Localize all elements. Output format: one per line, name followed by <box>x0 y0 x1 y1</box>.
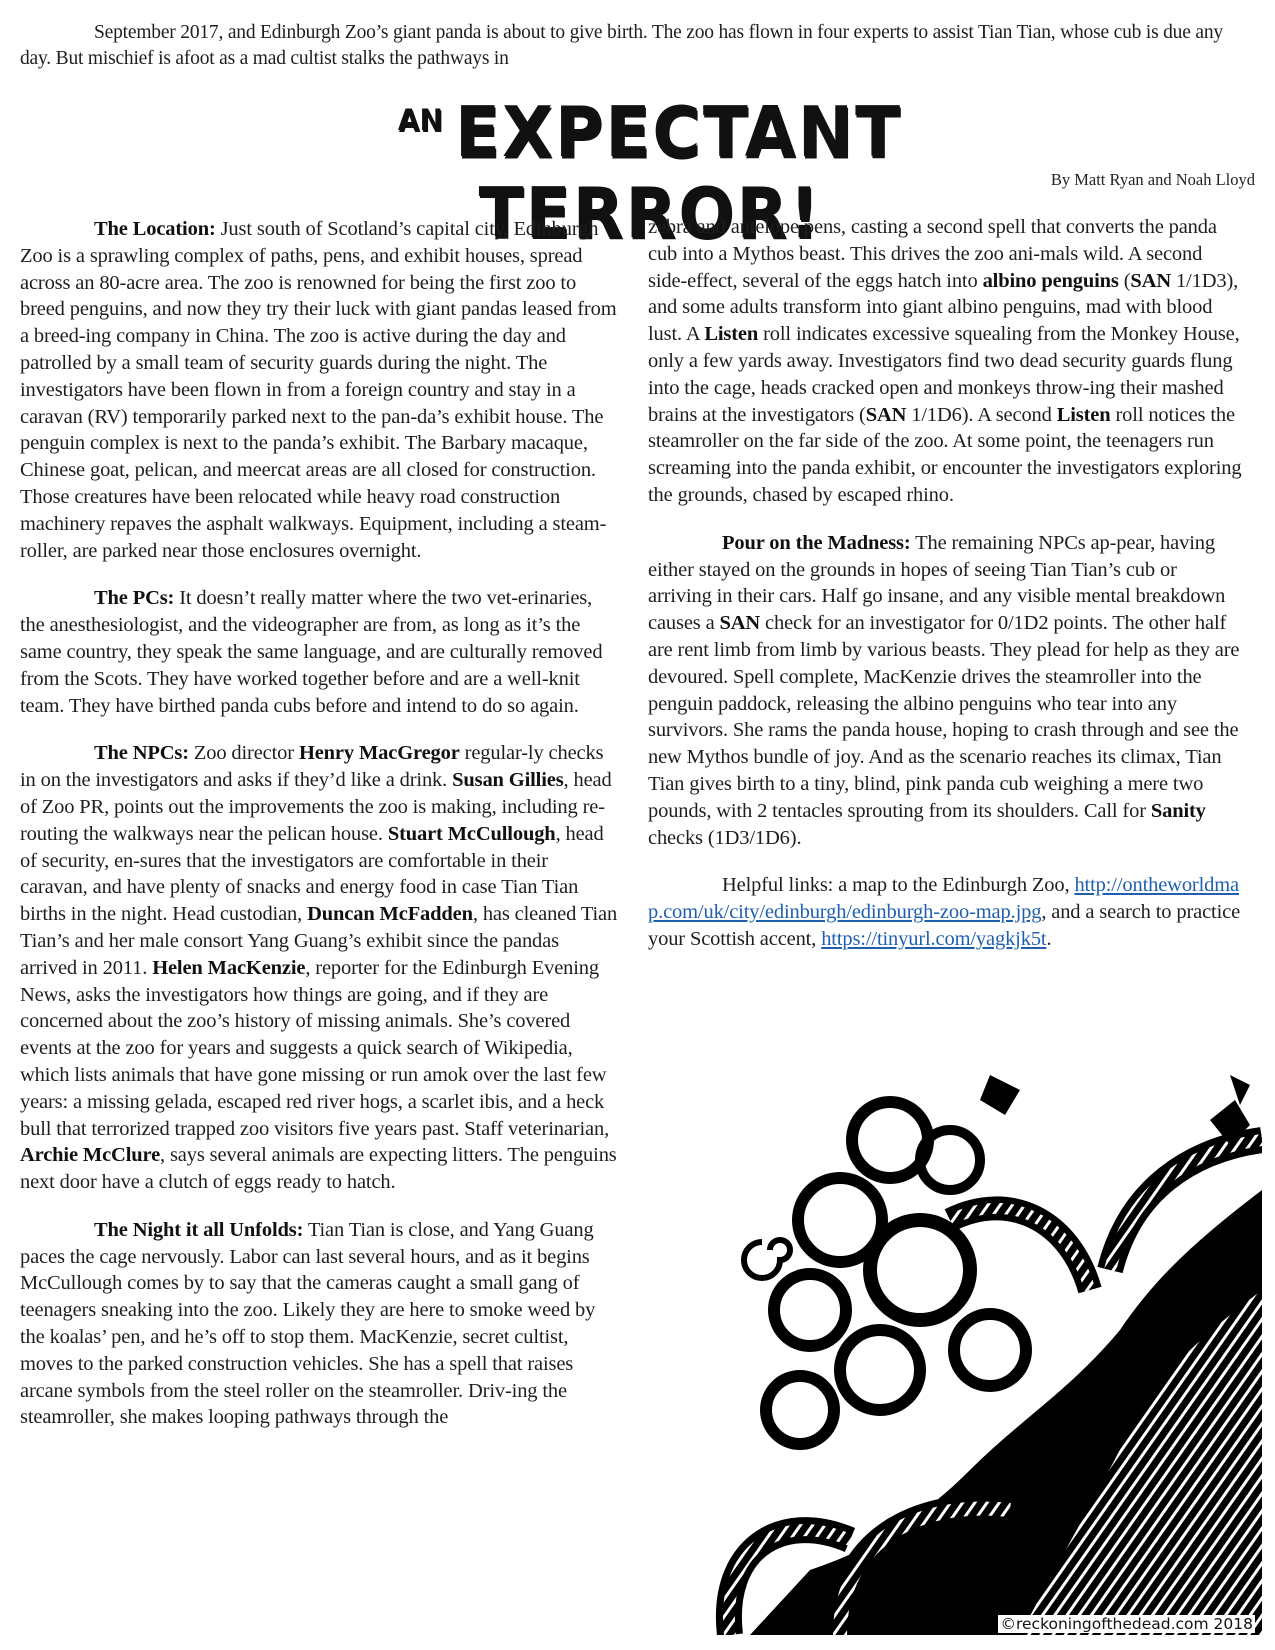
byline: By Matt Ryan and Noah Lloyd <box>1051 170 1255 190</box>
intro-text: September 2017, and Edinburgh Zoo’s gian… <box>20 22 1223 69</box>
tentacle-illustration <box>690 1070 1262 1635</box>
right-column: zebra and antelope pens, casting a secon… <box>648 214 1244 974</box>
section-night: The Night it all Unfolds: Tian Tian is c… <box>20 1217 618 1431</box>
copyright-notice: ©reckoningofthedead.com 2018 <box>998 1615 1255 1633</box>
section-location: The Location: Just south of Scotland’s c… <box>20 216 618 564</box>
npc-name: Duncan McFadden <box>307 903 473 925</box>
section-heading: The PCs: <box>94 587 174 609</box>
section-heading: The Night it all Unfolds: <box>94 1219 303 1241</box>
section-night-continued: zebra and antelope pens, casting a secon… <box>648 214 1244 509</box>
npc-name: Helen MacKenzie <box>152 957 305 979</box>
npc-name: Stuart McCullough <box>388 823 556 845</box>
npc-name: Susan Gillies <box>452 769 563 791</box>
section-heading: The NPCs: <box>94 742 189 764</box>
section-npcs: The NPCs: Zoo director Henry MacGregor r… <box>20 740 618 1196</box>
section-heading: Pour on the Madness: <box>722 532 911 554</box>
title-prefix: AN <box>398 103 443 138</box>
tentacle-icon <box>690 1070 1262 1635</box>
left-column: The Location: Just south of Scotland’s c… <box>20 216 618 1452</box>
section-madness: Pour on the Madness: The remaining NPCs … <box>648 530 1244 852</box>
intro-paragraph: September 2017, and Edinburgh Zoo’s gian… <box>20 20 1230 72</box>
section-heading: The Location: <box>94 218 216 240</box>
npc-name: Archie McClure <box>20 1144 160 1166</box>
section-pcs: The PCs: It doesn’t really matter where … <box>20 585 618 719</box>
scottish-accent-link[interactable]: https://tinyurl.com/yagkjk5t <box>821 928 1046 950</box>
section-links: Helpful links: a map to the Edinburgh Zo… <box>648 872 1244 952</box>
npc-name: Henry MacGregor <box>299 742 460 764</box>
